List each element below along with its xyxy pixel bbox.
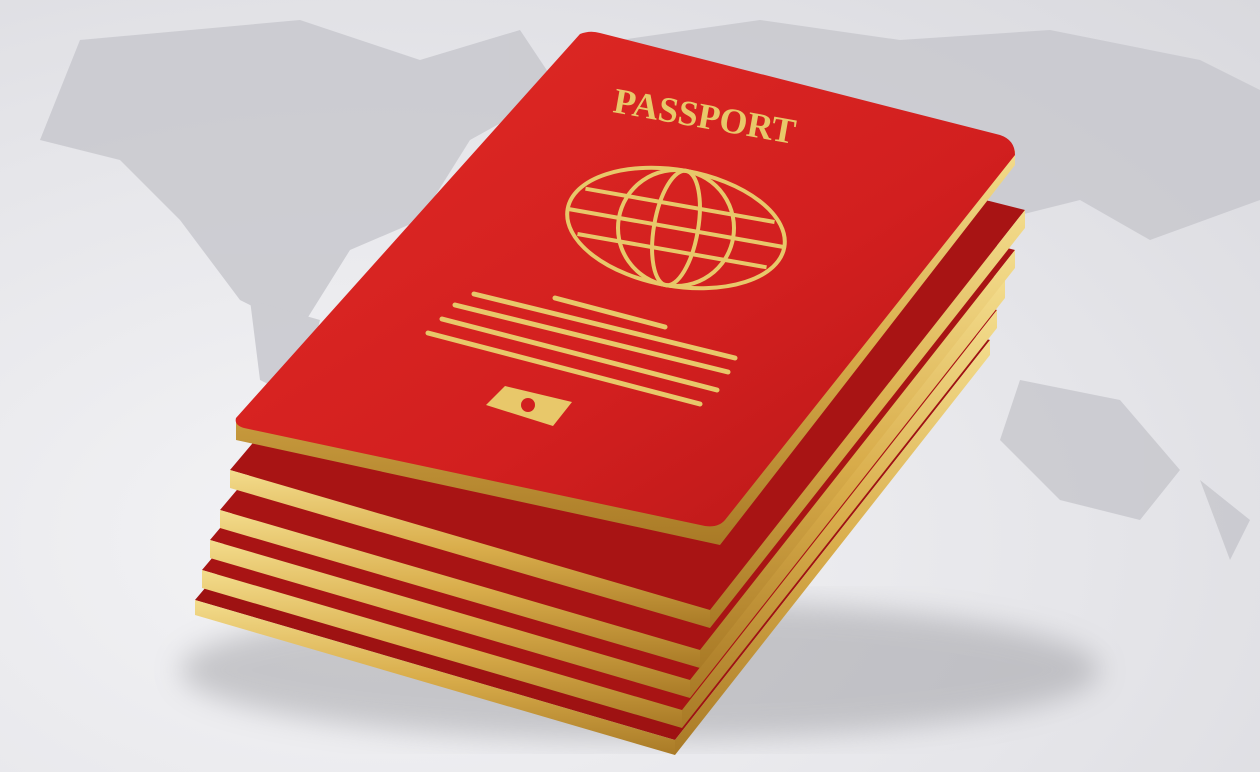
passport-stack-photo: PASSPORT (0, 0, 1260, 772)
scene-graphic: PASSPORT (0, 0, 1260, 772)
